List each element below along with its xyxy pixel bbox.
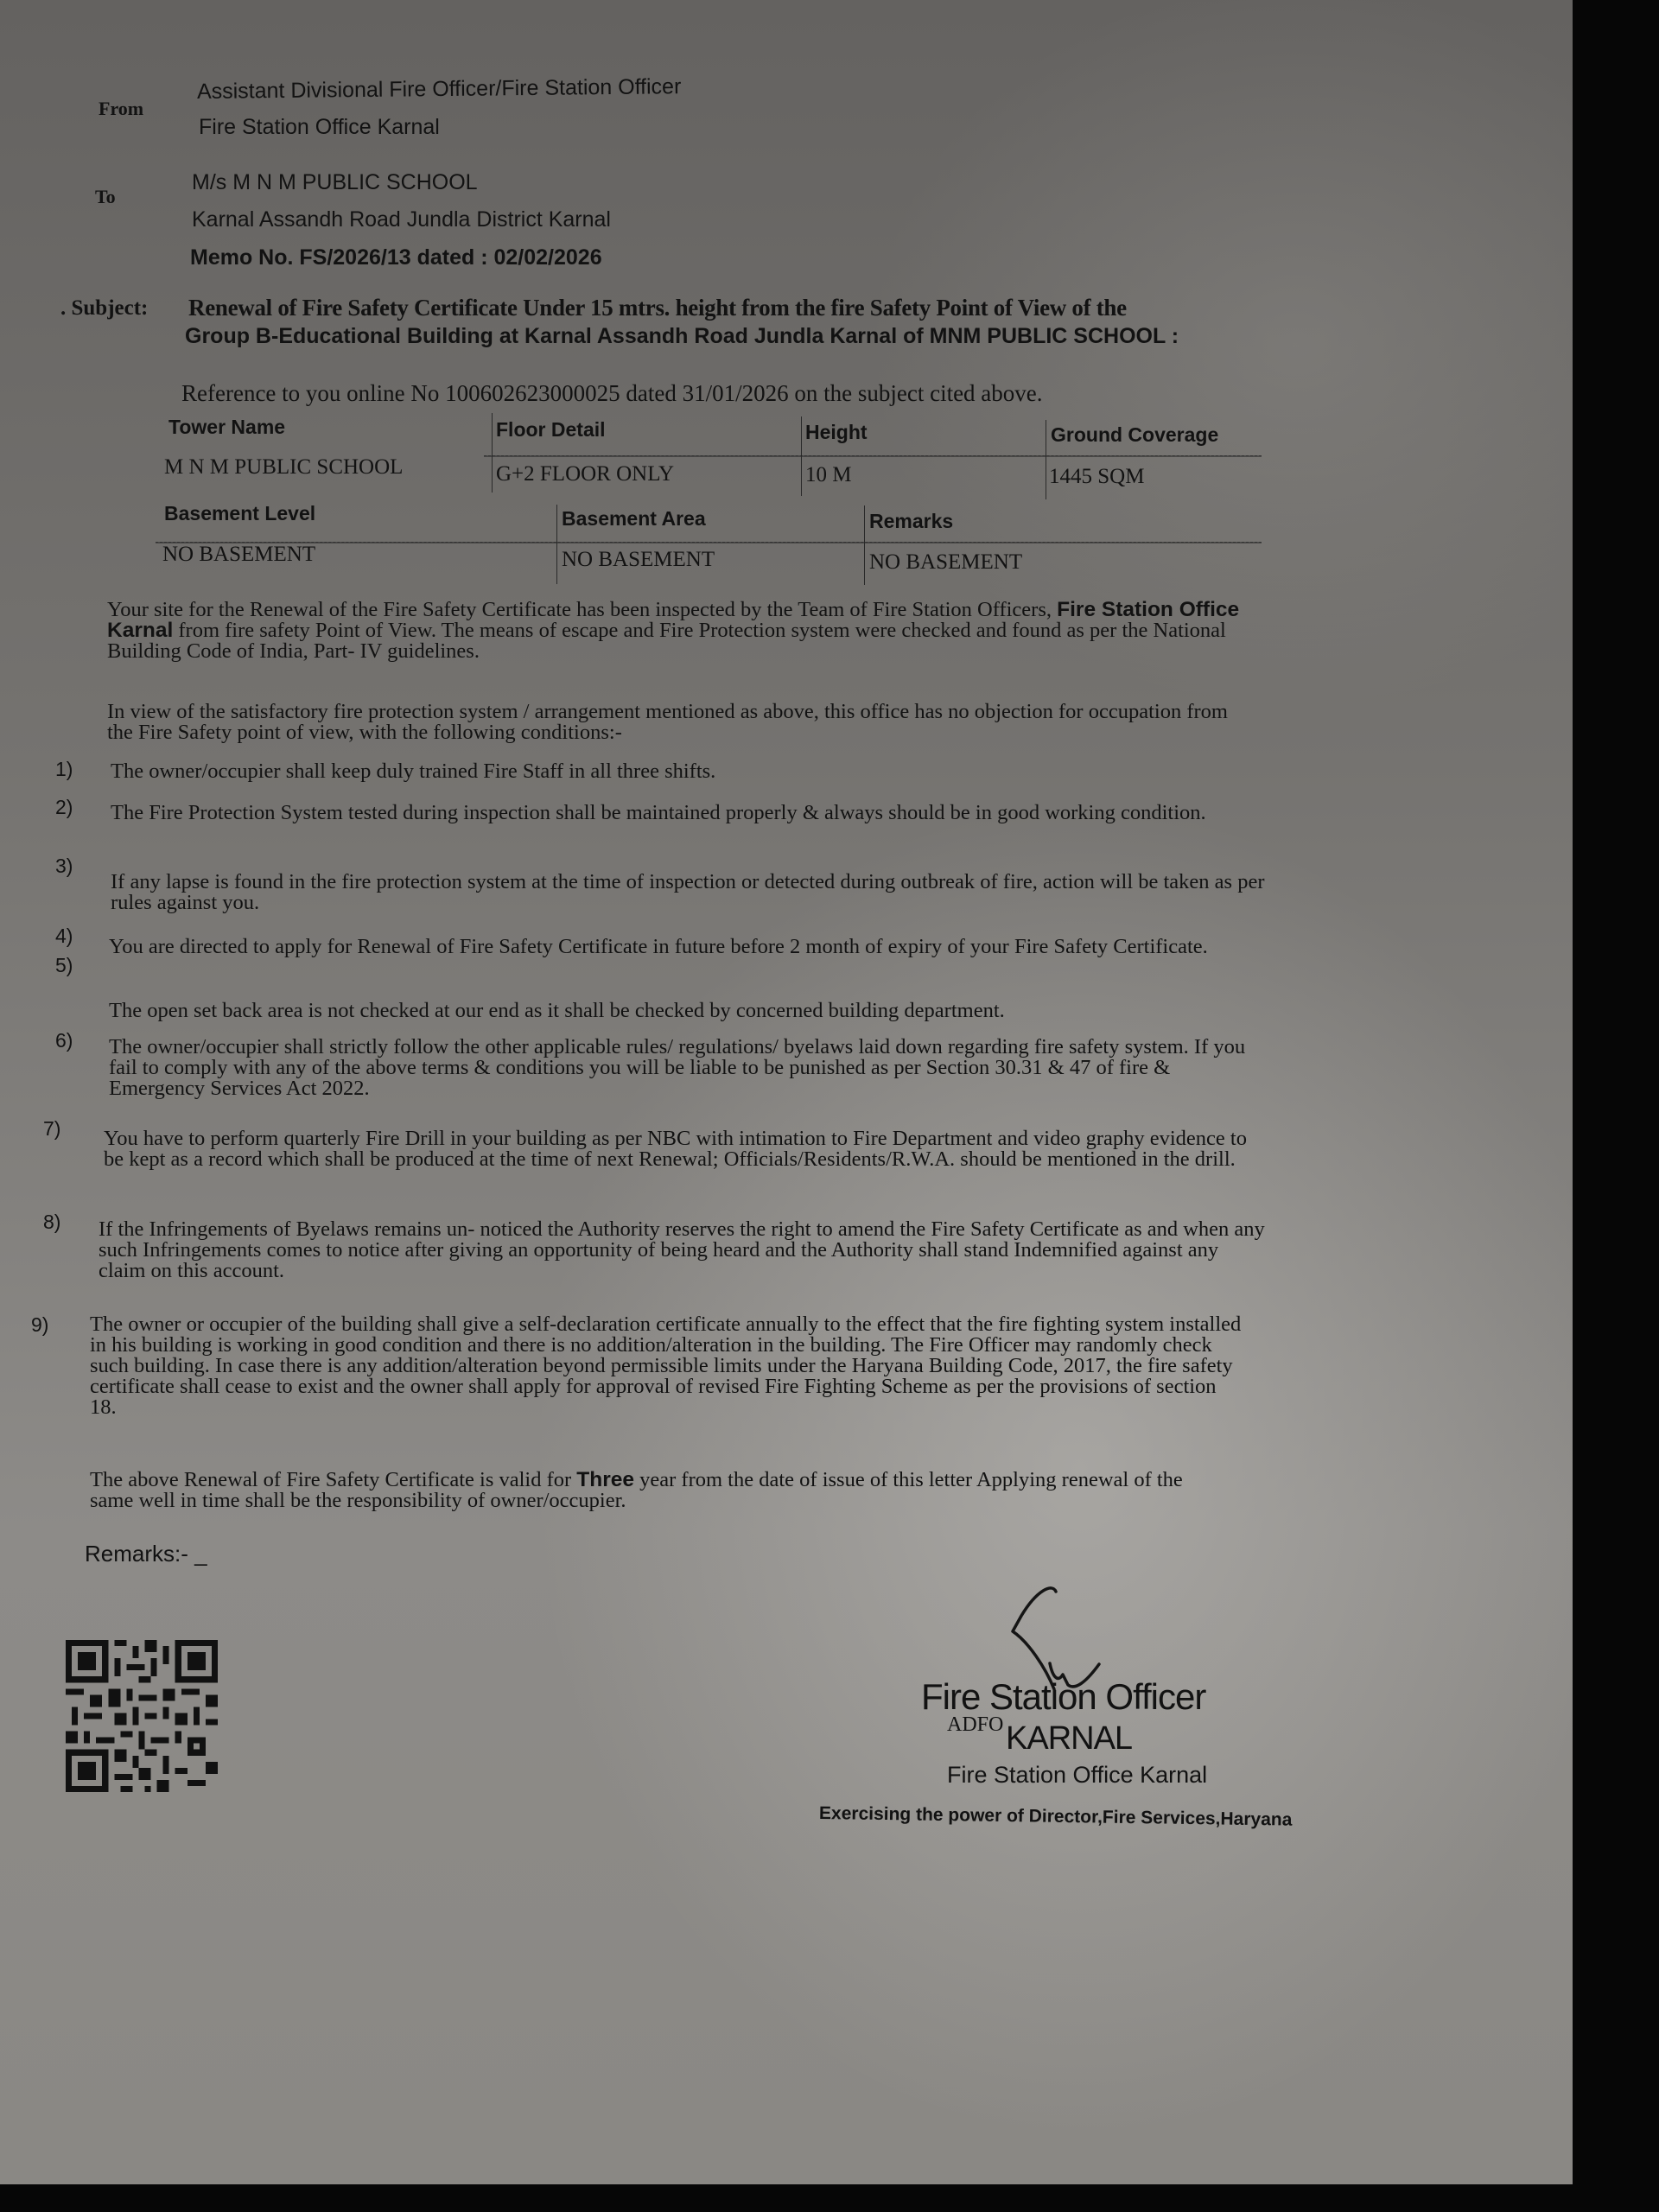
condition-item: If the Infringements of Byelaws remains … — [99, 1219, 1265, 1281]
th-remarks: Remarks — [869, 510, 953, 533]
signatory-authority: Exercising the power of Director,Fire Se… — [819, 1803, 1293, 1831]
letter-page: From Assistant Divisional Fire Officer/F… — [0, 0, 1573, 2184]
reference-line: Reference to you online No 1006026230000… — [181, 380, 1043, 407]
no-objection-paragraph: In view of the satisfactory fire protect… — [107, 702, 1230, 743]
from-line-2: Fire Station Office Karnal — [199, 115, 440, 140]
from-line-1: Assistant Divisional Fire Officer/Fire S… — [197, 74, 682, 105]
subject-line-1: Renewal of Fire Safety Certificate Under… — [188, 295, 1127, 321]
to-label: To — [95, 186, 116, 208]
memo-number: Memo No. FS/2026/13 dated : 02/02/2026 — [190, 245, 602, 270]
condition-item: If any lapse is found in the fire protec… — [111, 872, 1268, 913]
th-basement-area: Basement Area — [562, 507, 706, 531]
td-floor-detail: G+2 FLOOR ONLY — [496, 462, 674, 486]
condition-number: 7) — [43, 1117, 60, 1141]
condition-item: The owner/occupier shall strictly follow… — [109, 1037, 1258, 1099]
td-tower-name: M N M PUBLIC SCHOOL — [164, 455, 403, 480]
inspection-paragraph: Your site for the Renewal of the Fire Sa… — [107, 600, 1282, 662]
condition-number: 1) — [55, 758, 73, 781]
validity-paragraph: The above Renewal of Fire Safety Certifi… — [90, 1470, 1213, 1511]
condition-number: 5) — [55, 954, 73, 977]
condition-number: 2) — [55, 796, 73, 819]
to-line-2: Karnal Assandh Road Jundla District Karn… — [192, 207, 611, 232]
subject-line-2: Group B-Educational Building at Karnal A… — [185, 324, 1179, 349]
signatory-title: Fire Station Officer — [921, 1676, 1205, 1718]
to-line-1: M/s M N M PUBLIC SCHOOL — [192, 170, 478, 195]
condition-number: 6) — [55, 1029, 73, 1052]
subject-label: . Subject: — [60, 296, 148, 321]
td-basement-area: NO BASEMENT — [562, 548, 715, 572]
th-ground-coverage: Ground Coverage — [1051, 423, 1218, 447]
signatory-office: Fire Station Office Karnal — [947, 1762, 1207, 1789]
condition-number: 8) — [43, 1211, 60, 1234]
condition-item: The owner or occupier of the building sh… — [90, 1314, 1248, 1418]
th-basement-level: Basement Level — [164, 502, 315, 525]
signatory-karnal: KARNAL — [1006, 1720, 1132, 1758]
from-label: From — [99, 98, 143, 120]
td-height: 10 M — [805, 463, 851, 487]
condition-number: 9) — [31, 1313, 48, 1337]
th-floor-detail: Floor Detail — [496, 418, 606, 442]
signatory-adfo: ADFO — [947, 1713, 1003, 1737]
condition-item: The open set back area is not checked at… — [109, 1001, 1284, 1021]
condition-item: The Fire Protection System tested during… — [111, 803, 1234, 823]
th-tower-name: Tower Name — [168, 416, 285, 439]
th-height: Height — [805, 421, 868, 444]
td-basement-level: NO BASEMENT — [162, 543, 315, 567]
condition-number: 4) — [55, 925, 73, 948]
td-ground-coverage: 1445 SQM — [1049, 465, 1144, 489]
condition-item: The owner/occupier shall keep duly train… — [111, 761, 1260, 782]
condition-number: 3) — [55, 855, 73, 878]
condition-item: You have to perform quarterly Fire Drill… — [104, 1128, 1270, 1170]
condition-item: You are directed to apply for Renewal of… — [109, 937, 1258, 957]
qr-code-icon — [66, 1636, 218, 1796]
td-remarks: NO BASEMENT — [869, 550, 1022, 575]
remarks-label: Remarks:- _ — [85, 1541, 207, 1567]
